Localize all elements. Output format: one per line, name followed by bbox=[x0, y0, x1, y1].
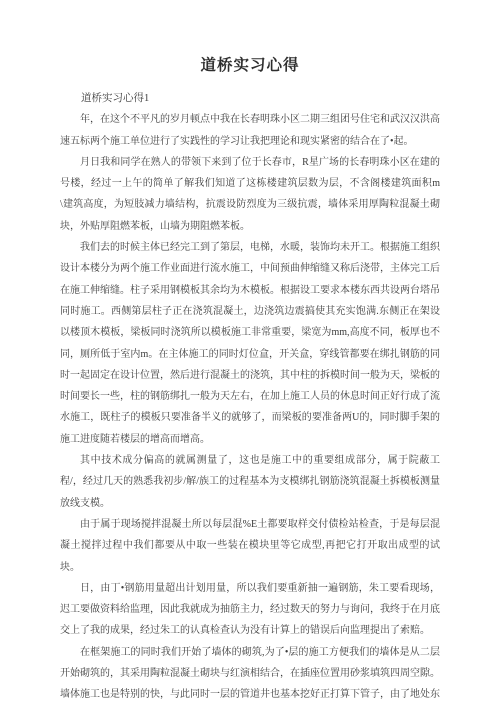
paragraph: 在框架施工的同时我们开始了墙体的砌筑,为了•层的施工方便我们的墙体是从二层开始砌… bbox=[60, 642, 440, 706]
paragraph: 月日我和同学在熟人的带领下来到了位于长春市，R星广场的长春明珠小区在建的号楼，经… bbox=[60, 152, 440, 237]
page-title: 道桥实习心得 bbox=[0, 0, 500, 77]
paragraph: 我们去的时候主体已经完工到了第层，电梯，水暖，装饰均未开工。根据施工组织设计本楼… bbox=[60, 237, 440, 450]
paragraph: 其中技术成分偏高的就属测量了，这也是施工中的重要组成部分，属于院蔽工程/，经过几… bbox=[60, 450, 440, 514]
paragraph: 日，由丁•钢筋用量超出计划用量，所以我们要重新抽一遍钢筋，朱工要看现场，迟工要做… bbox=[60, 578, 440, 642]
section-heading: 道桥实习心得1 bbox=[60, 88, 440, 109]
document-page: 道桥实习心得 道桥实习心得1 年，在这个不平凡的岁月顿点中我在长春明珠小区二期三… bbox=[0, 0, 500, 707]
paragraph: 由于属于现场搅拌混凝土所以每层混%E土都要取样交付债检站检查，于是每层混凝土搅拌… bbox=[60, 514, 440, 578]
document-body: 道桥实习心得1 年，在这个不平凡的岁月顿点中我在长春明珠小区二期三组团号住宅和武… bbox=[60, 88, 440, 706]
paragraph: 年，在这个不平凡的岁月顿点中我在长春明珠小区二期三组团号住宅和武汉汉洪高速五标两… bbox=[60, 109, 440, 152]
